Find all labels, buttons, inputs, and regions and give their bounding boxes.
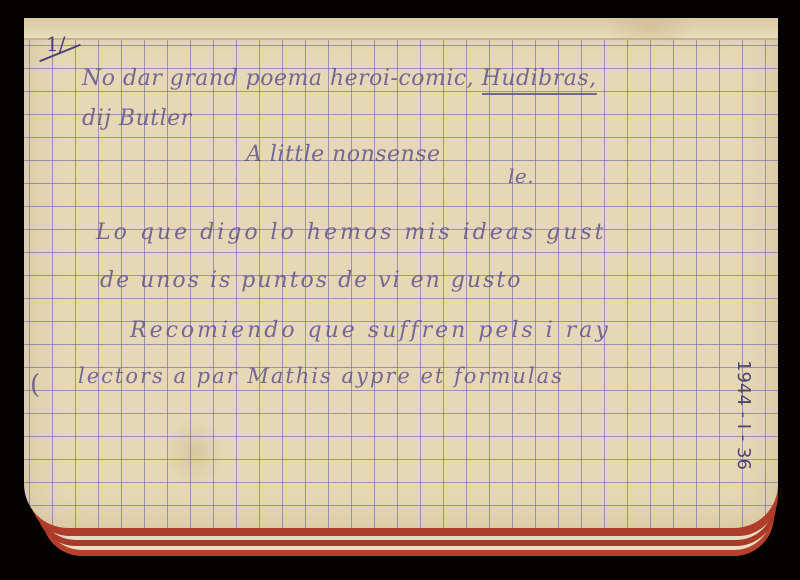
handwritten-line-4: Lo que digo lo hemos mis ideas gust xyxy=(96,220,607,245)
notebook-photo: 1/ No dar grand poema heroi-comic, Hudib… xyxy=(0,0,800,580)
notebook-page-stack: 1/ No dar grand poema heroi-comic, Hudib… xyxy=(24,0,778,556)
handwritten-line-3b: le. xyxy=(508,164,534,188)
handwritten-line-3: A little nonsense xyxy=(246,142,441,167)
date-stamp-vertical: 1944 - I - 36 xyxy=(733,360,754,470)
margin-mark: ( xyxy=(30,370,41,400)
line-1-text: No dar grand poema heroi-comic, xyxy=(82,66,482,91)
handwritten-line-7: lectors a par Mathis aypre et formulas xyxy=(78,364,564,388)
handwritten-line-2: dij Butler xyxy=(82,106,192,131)
stain xyxy=(604,18,694,48)
handwritten-line-5: de unos is puntos de vi en gusto xyxy=(100,268,522,293)
page-number-mark: 1/ xyxy=(46,32,65,56)
stain xyxy=(164,418,224,488)
graph-paper-page: 1/ No dar grand poema heroi-comic, Hudib… xyxy=(24,18,778,528)
handwritten-line-1: No dar grand poema heroi-comic, Hudibras… xyxy=(82,66,597,91)
handwritten-line-6: Recomiendo que suffren pels i ray xyxy=(130,318,611,343)
hudibras-underlined: Hudibras, xyxy=(482,66,597,95)
